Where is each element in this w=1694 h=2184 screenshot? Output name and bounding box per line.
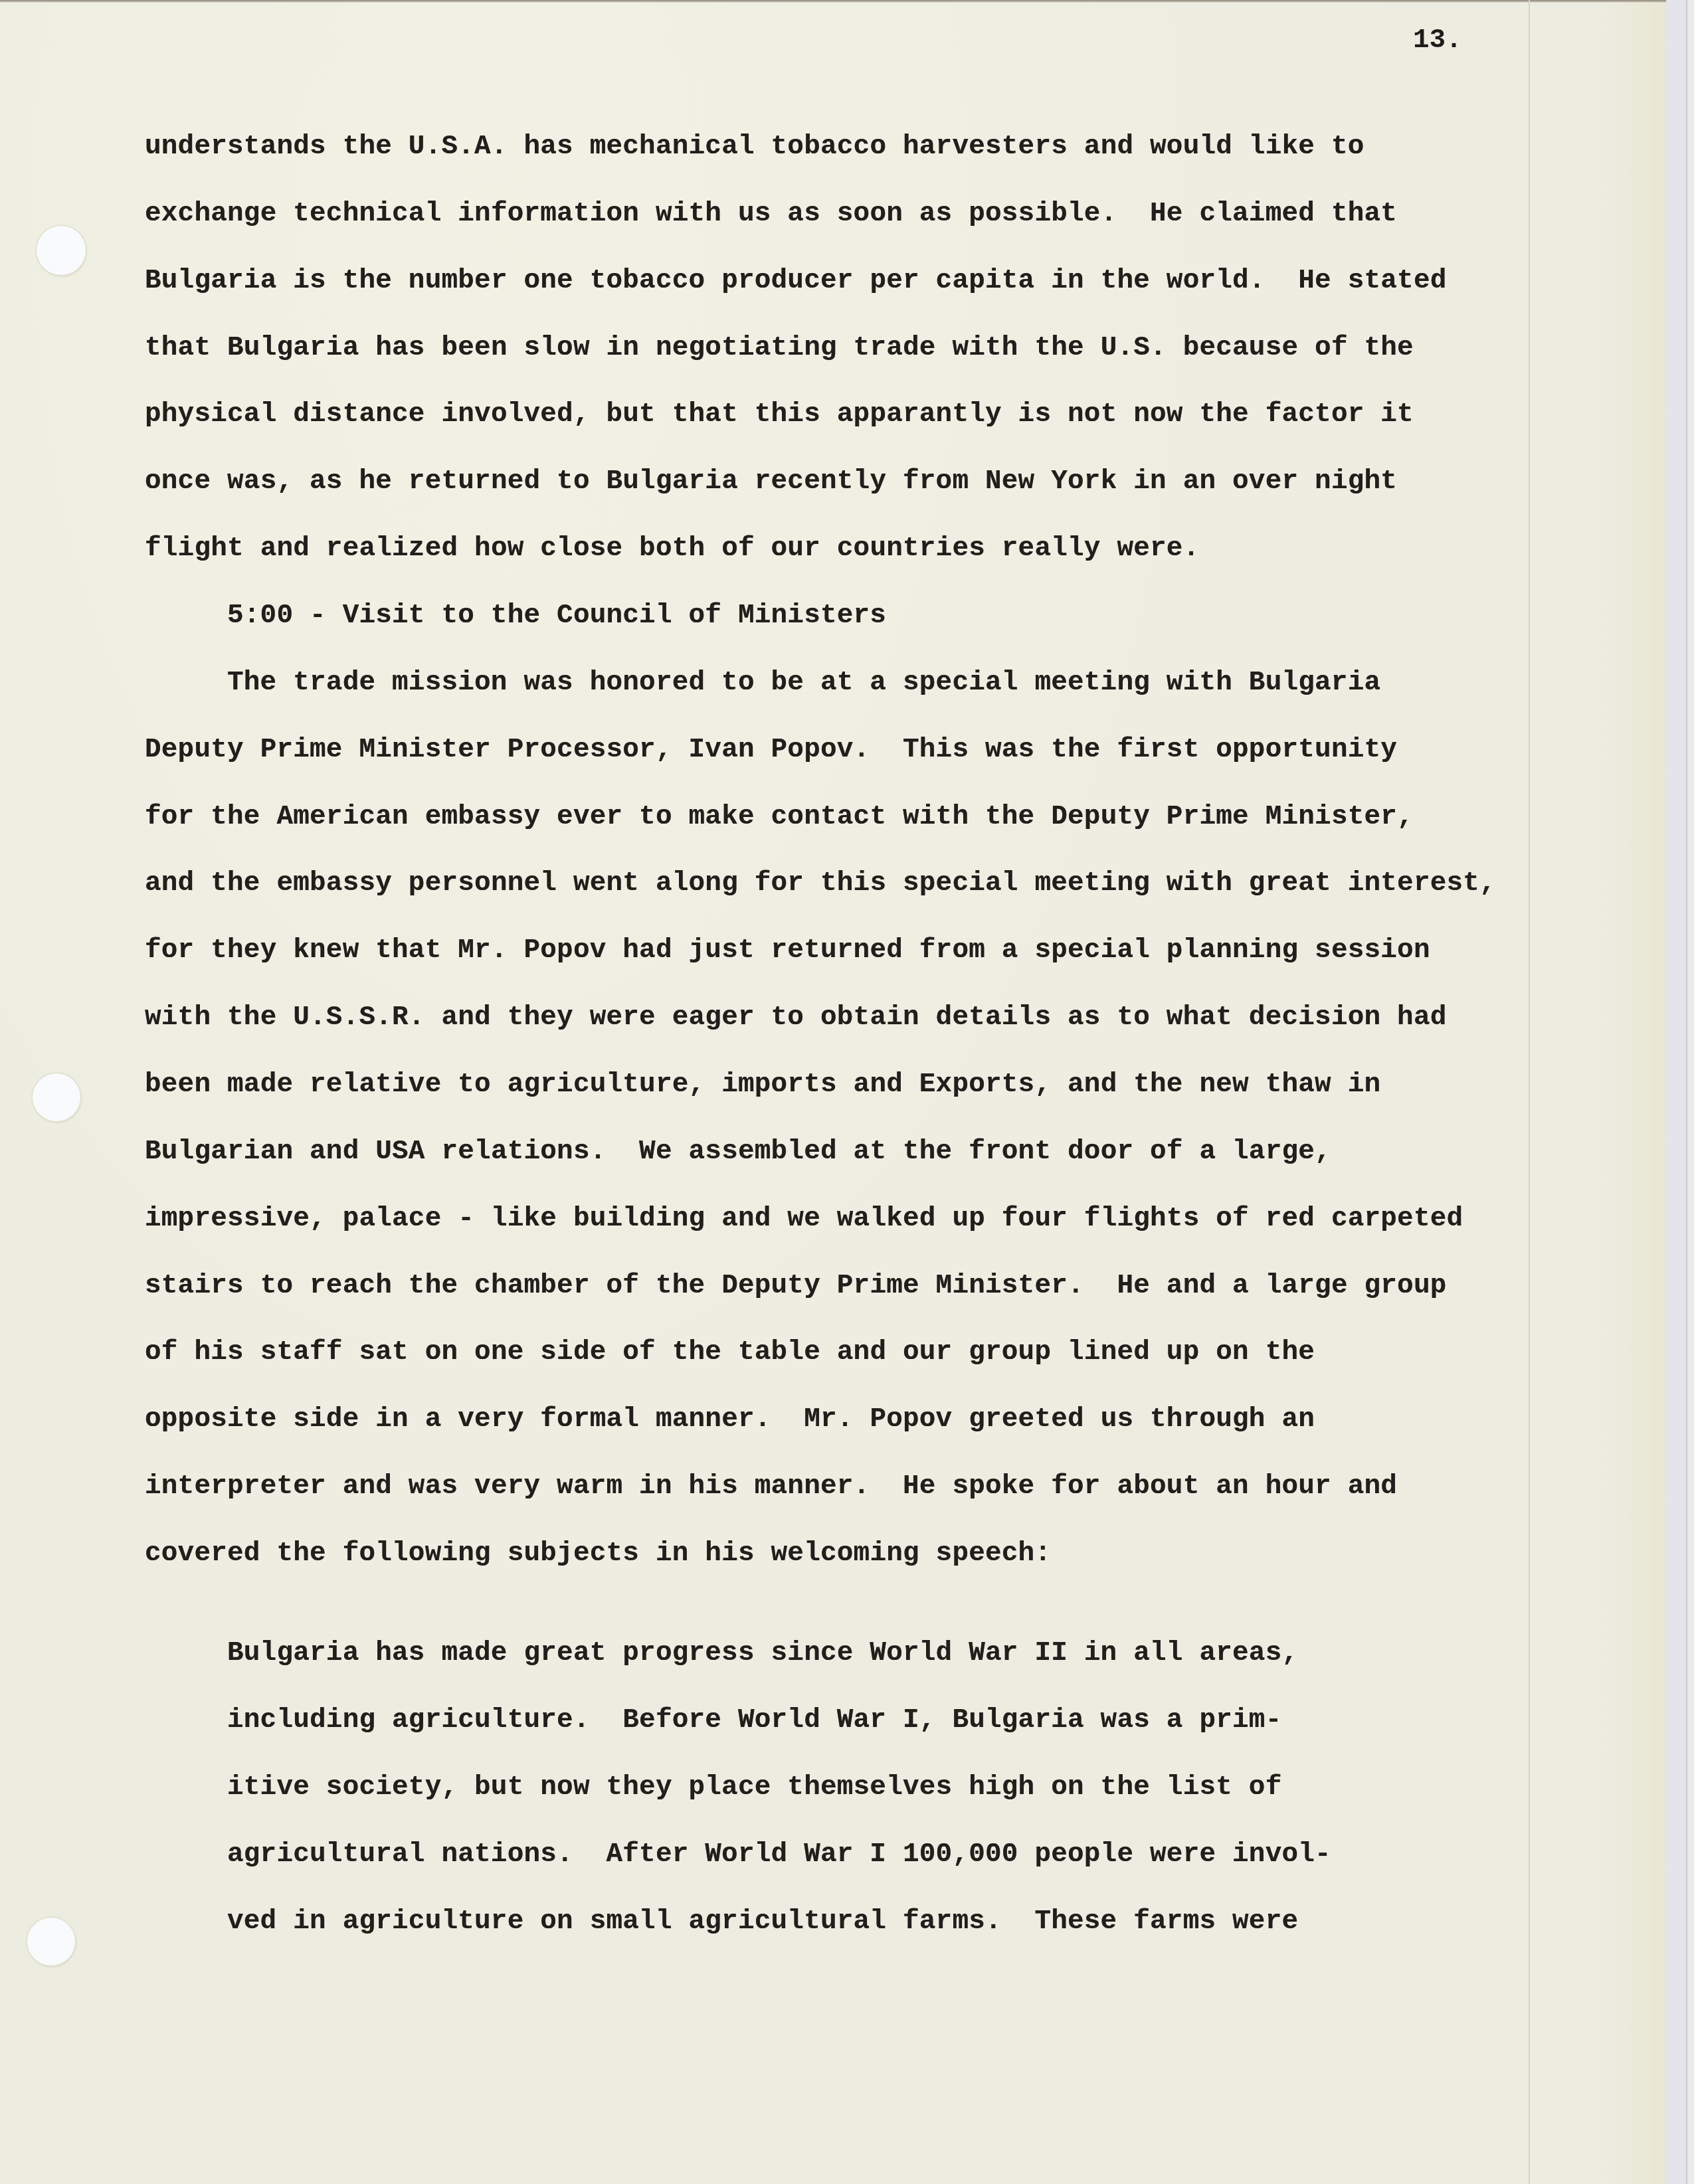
text-line: exchange technical information with us a… — [145, 201, 1397, 228]
text-line: interpreter and was very warm in his man… — [145, 1473, 1397, 1501]
text-line: and the embassy personnel went along for… — [145, 870, 1496, 897]
text-line: physical distance involved, but that thi… — [145, 401, 1414, 428]
text-line: for they knew that Mr. Popov had just re… — [145, 937, 1430, 964]
page-number: 13. — [1413, 27, 1462, 54]
binder-hole-bottom — [27, 1918, 75, 1965]
text-line: Bulgarian and USA relations. We assemble… — [145, 1138, 1331, 1166]
text-line: covered the following subjects in his we… — [145, 1540, 1051, 1568]
text-line: that Bulgaria has been slow in negotiati… — [145, 335, 1414, 362]
text-line: of his staff sat on one side of the tabl… — [145, 1339, 1315, 1366]
text-line: Deputy Prime Minister Processor, Ivan Po… — [145, 737, 1397, 764]
scan-background — [1687, 0, 1694, 2184]
scan-border-strip — [1666, 0, 1687, 2184]
text-line: with the U.S.S.R. and they were eager to… — [145, 1004, 1447, 1032]
binder-hole-middle — [33, 1073, 80, 1121]
text-line: flight and realized how close both of ou… — [145, 535, 1199, 563]
binder-hole-top — [37, 226, 86, 275]
text-line: been made relative to agriculture, impor… — [145, 1071, 1380, 1099]
section-heading: 5:00 - Visit to the Council of Ministers — [227, 602, 886, 630]
text-line: understands the U.S.A. has mechanical to… — [145, 134, 1365, 161]
page-top-edge — [0, 0, 1666, 3]
quote-line: ved in agriculture on small agricultural… — [227, 1908, 1298, 1936]
text-line: once was, as he returned to Bulgaria rec… — [145, 468, 1397, 496]
text-line: impressive, palace - like building and w… — [145, 1206, 1463, 1233]
text-line: opposite side in a very formal manner. M… — [145, 1406, 1315, 1433]
quote-line: itive society, but now they place themse… — [227, 1774, 1281, 1801]
quote-line: including agriculture. Before World War … — [227, 1707, 1281, 1734]
right-margin-rule — [1529, 0, 1530, 2184]
text-line: Bulgaria is the number one tobacco produ… — [145, 268, 1447, 295]
quote-line: agricultural nations. After World War I … — [227, 1841, 1331, 1868]
text-line: The trade mission was honored to be at a… — [227, 670, 1380, 697]
quote-line: Bulgaria has made great progress since W… — [227, 1640, 1298, 1667]
text-line: for the American embassy ever to make co… — [145, 804, 1414, 831]
text-line: stairs to reach the chamber of the Deput… — [145, 1273, 1447, 1300]
